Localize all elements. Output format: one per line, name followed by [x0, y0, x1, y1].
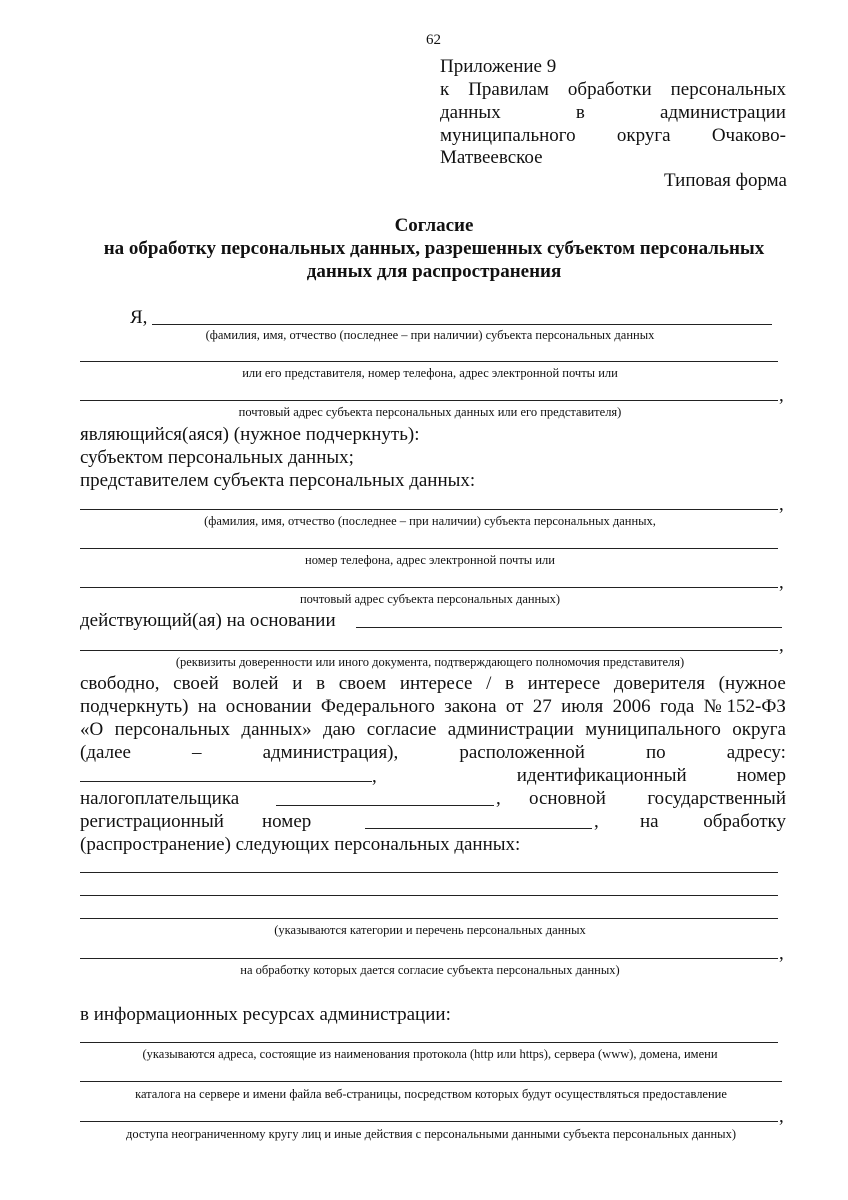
consent-word: «О [80, 718, 103, 741]
processing-word-1: на [640, 810, 659, 833]
document-title: Согласие [0, 214, 848, 237]
inn-word-1: идентификационный [517, 764, 687, 788]
comma: , [779, 944, 784, 963]
consent-word: года [660, 695, 694, 718]
ogrn-line-label-2: номер [262, 810, 311, 833]
consent-word: согласие [367, 718, 437, 741]
rep-contacts-field[interactable] [80, 361, 778, 362]
categories-field-1[interactable] [80, 872, 778, 873]
consent-line: подчеркнуть)наоснованииФедеральногозакон… [80, 695, 786, 718]
appendix-word: муниципального [440, 124, 576, 147]
comma: , [779, 1107, 784, 1126]
consent-word: свободно, [80, 672, 159, 695]
consent-word: от [506, 695, 524, 718]
ogrn-label-word: основной [529, 787, 606, 810]
consent-word: Федерального [321, 695, 435, 718]
consent-word: закона [444, 695, 496, 718]
consent-word: администрации [448, 718, 574, 741]
hint-catalog: каталога на сервере и имени файла веб-ст… [80, 1087, 782, 1102]
consent-word: своем [339, 672, 386, 695]
appendix-word: администрации [660, 101, 786, 124]
document-subtitle-line1: на обработку персональных данных, разреш… [80, 237, 788, 260]
consent-word: доверителя [614, 672, 705, 695]
address-inn-line: , идентификационный номер [80, 764, 786, 788]
ogrn-line-label-1: регистрационный [80, 810, 224, 833]
consent-word: (нужное [719, 672, 786, 695]
consent-word: подчеркнуть) [80, 695, 188, 718]
consent-word: расположенной [459, 741, 585, 764]
subject-contacts-field[interactable] [80, 548, 778, 549]
categories-field-4[interactable] [80, 958, 778, 959]
comma: , [779, 573, 784, 592]
appendix-word: данных [440, 101, 501, 124]
appendix-word: округа [617, 124, 671, 147]
consent-word: интересе [400, 672, 473, 695]
basis-field[interactable] [356, 627, 782, 628]
consent-word: даю [323, 718, 355, 741]
postal-field[interactable] [80, 400, 778, 401]
info-resources-label: в информационных ресурсах администрации: [80, 1003, 451, 1026]
hint-consent-given: на обработку которых дается согласие суб… [80, 963, 780, 978]
being-label: являющийся(аяся) (нужное подчеркнуть): [80, 423, 419, 446]
hint-access: доступа неограниченному кругу лиц и иные… [80, 1127, 782, 1142]
comma: , [594, 810, 599, 833]
consent-word: на [198, 695, 217, 718]
ogrn-label: основнойгосударственный [529, 787, 786, 810]
categories-field-3[interactable] [80, 918, 778, 919]
consent-word: июля [561, 695, 603, 718]
comma: , [779, 495, 784, 514]
consent-word: 27 [533, 695, 552, 718]
comma: , [372, 766, 377, 787]
address-field[interactable] [80, 764, 372, 782]
consent-word: (далее [80, 741, 131, 764]
consent-line: «Оперсональныхданных»даюсогласиеадминист… [80, 718, 786, 741]
appendix-word: Правилам [468, 78, 549, 101]
hint-postal: почтовый адрес субъекта персональных дан… [80, 405, 780, 420]
fio-field[interactable] [152, 324, 772, 325]
hint-rep-contacts: или его представителя, номер телефона, а… [80, 366, 780, 381]
consent-word: основании [226, 695, 312, 718]
consent-word: в [505, 672, 514, 695]
consent-line: свободно,своейволейивсвоеминтересе/винте… [80, 672, 786, 695]
option-subject[interactable]: субъектом персональных данных; [80, 446, 354, 469]
consent-word: муниципального [585, 718, 721, 741]
appendix-line: кПравиламобработкиперсональных [440, 78, 786, 101]
appendix-word: в [576, 101, 585, 124]
consent-word: / [486, 672, 491, 695]
appendix-word: Очаково- [712, 124, 786, 147]
comma: , [779, 636, 784, 655]
consent-word: адресу: [727, 741, 786, 764]
power-of-attorney-field[interactable] [80, 650, 778, 651]
resources-field-2[interactable] [80, 1081, 782, 1082]
hint-categories: (указываются категории и перечень персон… [80, 923, 780, 938]
resources-field-3[interactable] [80, 1121, 778, 1122]
consent-word: данных» [241, 718, 311, 741]
hint-subject-contacts: номер телефона, адрес электронной почты … [80, 553, 780, 568]
acting-label: действующий(ая) на основании [80, 609, 336, 632]
consent-word: № 152-ФЗ [704, 695, 786, 718]
hint-addresses: (указываются адреса, состоящие из наимен… [80, 1047, 780, 1062]
processing-word-2: обработку [703, 810, 786, 833]
page-number: 62 [426, 33, 441, 48]
hint-fio: (фамилия, имя, отчество (последнее – при… [80, 328, 780, 343]
inn-word-2: номер [737, 764, 786, 788]
appendix-last-line: Матвеевское [440, 146, 543, 169]
inn-field[interactable] [276, 805, 494, 806]
option-representative[interactable]: представителем субъекта персональных дан… [80, 469, 475, 492]
consent-word: округа [732, 718, 786, 741]
appendix-word: персональных [671, 78, 786, 101]
consent-word: 2006 [613, 695, 651, 718]
appendix-title: Приложение 9 [440, 55, 556, 78]
consent-word: администрация), [263, 741, 399, 764]
document-subtitle-line2: данных для распространения [80, 260, 788, 283]
comma: , [779, 386, 784, 405]
ogrn-field[interactable] [365, 828, 592, 829]
subject-fio-field[interactable] [80, 509, 778, 510]
appendix-word: обработки [568, 78, 652, 101]
consent-line: (далее–администрация),расположеннойпоадр… [80, 741, 786, 764]
distribution-label: (распространение) следующих персональных… [80, 833, 520, 856]
consent-word: своей [173, 672, 219, 695]
form-type-label: Типовая форма [664, 169, 787, 192]
consent-word: и [292, 672, 302, 695]
inn-label: налогоплательщика [80, 787, 239, 810]
ogrn-label-word: государственный [647, 787, 786, 810]
hint-power-of-attorney: (реквизиты доверенности или иного докуме… [80, 655, 780, 670]
categories-field-2[interactable] [80, 895, 778, 896]
comma: , [496, 787, 501, 810]
consent-word: волей [232, 672, 278, 695]
consent-word: – [192, 741, 202, 764]
hint-subject-fio: (фамилия, имя, отчество (последнее – при… [80, 514, 780, 529]
appendix-line: данныхвадминистрации [440, 101, 786, 124]
subject-postal-field[interactable] [80, 587, 778, 588]
consent-word: интересе [528, 672, 601, 695]
resources-field-1[interactable] [80, 1042, 778, 1043]
consent-word: в [316, 672, 325, 695]
hint-subject-postal: почтовый адрес субъекта персональных дан… [80, 592, 780, 607]
consent-word: персональных [115, 718, 230, 741]
i-label: Я, [130, 306, 147, 329]
consent-word: по [646, 741, 666, 764]
appendix-line: муниципальногоокругаОчаково- [440, 124, 786, 147]
appendix-word: к [440, 78, 449, 101]
